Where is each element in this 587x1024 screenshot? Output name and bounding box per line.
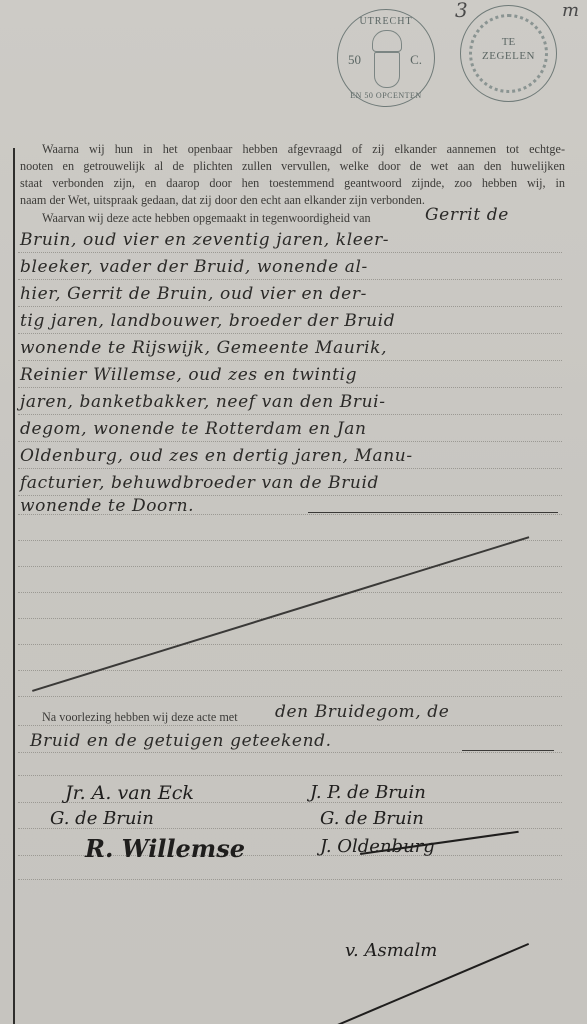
printed-paragraph-vows: Waarna wij hun in het openbaar hebben af… (20, 141, 565, 209)
ruled-line (18, 468, 562, 469)
signature: Jr. A. van Eck (65, 782, 194, 804)
handwritten-line: jaren, banketbakker, neef van den Bruі- (20, 392, 386, 412)
stamp-value: 50 (348, 52, 361, 68)
ruled-line (18, 252, 562, 253)
handwritten-line: degom, wonende te Rotterdam en Jan (20, 419, 367, 439)
ruled-line (18, 279, 562, 280)
ruled-line (18, 441, 562, 442)
handwritten-line: Oldenburg, oud zes en dertig jaren, Manu… (20, 446, 413, 466)
stamp-line-1: TE (461, 36, 556, 48)
printed-line: Na voorlezing hebben wij deze acte met (20, 710, 238, 724)
handwritten-text: Gerrit de (425, 205, 509, 225)
handwritten-line: Bruin, oud vier en zeventig jaren, kleer… (20, 230, 389, 250)
ruled-line (18, 360, 562, 361)
handwritten-line: hier, Gerrit de Bruin, oud vier en der- (20, 284, 367, 304)
ruled-line (18, 618, 562, 619)
page-number: 3 (455, 0, 468, 22)
registrar-signature: v. Asmalm (345, 940, 437, 961)
coat-of-arms-icon (374, 52, 400, 88)
ruled-line (18, 333, 562, 334)
printed-line: Waarvan wij deze acte hebben opgemaakt i… (20, 211, 371, 225)
handwritten-text: Bruid en de getuigen geteekend. (30, 731, 332, 751)
signature: R. Willemse (85, 834, 245, 863)
document-page: 3 m UTRECHT 50 C. EN 50 OPCENTEN TE ZEGE… (0, 0, 587, 1024)
handwritten-line: wonende te Rijswijk, Gemeente Maurik, (20, 338, 387, 358)
printed-line: Waarna wij hun in het openbaar hebben af… (20, 141, 565, 158)
te-zegelen-stamp: TE ZEGELEN (460, 5, 557, 102)
signature: J. Oldenburg (320, 836, 435, 857)
corner-mark: m (562, 0, 579, 21)
crown-icon (372, 30, 402, 52)
printed-line: staat verbonden zijn, en daarop door hen… (20, 175, 565, 192)
ruled-line (18, 775, 562, 776)
utrecht-tax-stamp: UTRECHT 50 C. EN 50 OPCENTEN (337, 9, 435, 107)
stamp-top-text: UTRECHT (338, 16, 434, 27)
cancellation-stroke (32, 536, 529, 691)
ruled-line (18, 592, 562, 593)
end-of-text-rule (462, 750, 554, 751)
stamp-unit: C. (410, 52, 422, 68)
ruled-line (18, 644, 562, 645)
stamp-line-2: ZEGELEN (461, 50, 556, 62)
handwritten-line: bleeker, vader der Bruid, wonende al- (20, 257, 368, 277)
handwritten-line: tig jaren, landbouwer, broeder der Bruid (20, 311, 395, 331)
ruled-line (18, 696, 562, 697)
ruled-line (18, 414, 562, 415)
handwritten-line: wonende te Doorn. (20, 496, 194, 516)
ruled-line (18, 566, 562, 567)
handwritten-line: facturier, behuwdbroeder van de Bruid (20, 473, 379, 493)
printed-line: nooten en getrouwelijk al de plichten zu… (20, 158, 565, 175)
ruled-line (18, 387, 562, 388)
signature: J. P. de Bruin (310, 782, 426, 803)
handwritten-line: Reinier Willemse, oud zes en twintig (20, 365, 357, 385)
handwritten-text: den Bruidegom, de (275, 702, 449, 722)
ruled-line (18, 306, 562, 307)
stamp-bottom-text: EN 50 OPCENTEN (338, 91, 434, 100)
ruled-line (18, 879, 562, 880)
ruled-line (18, 752, 562, 753)
left-margin-rule (13, 148, 15, 1024)
end-of-text-rule (308, 512, 558, 513)
signature: G. de Bruin (320, 808, 424, 829)
signature: G. de Bruin (50, 808, 154, 829)
ruled-line (18, 540, 562, 541)
printed-closing: Na voorlezing hebben wij deze acte met (20, 709, 238, 726)
